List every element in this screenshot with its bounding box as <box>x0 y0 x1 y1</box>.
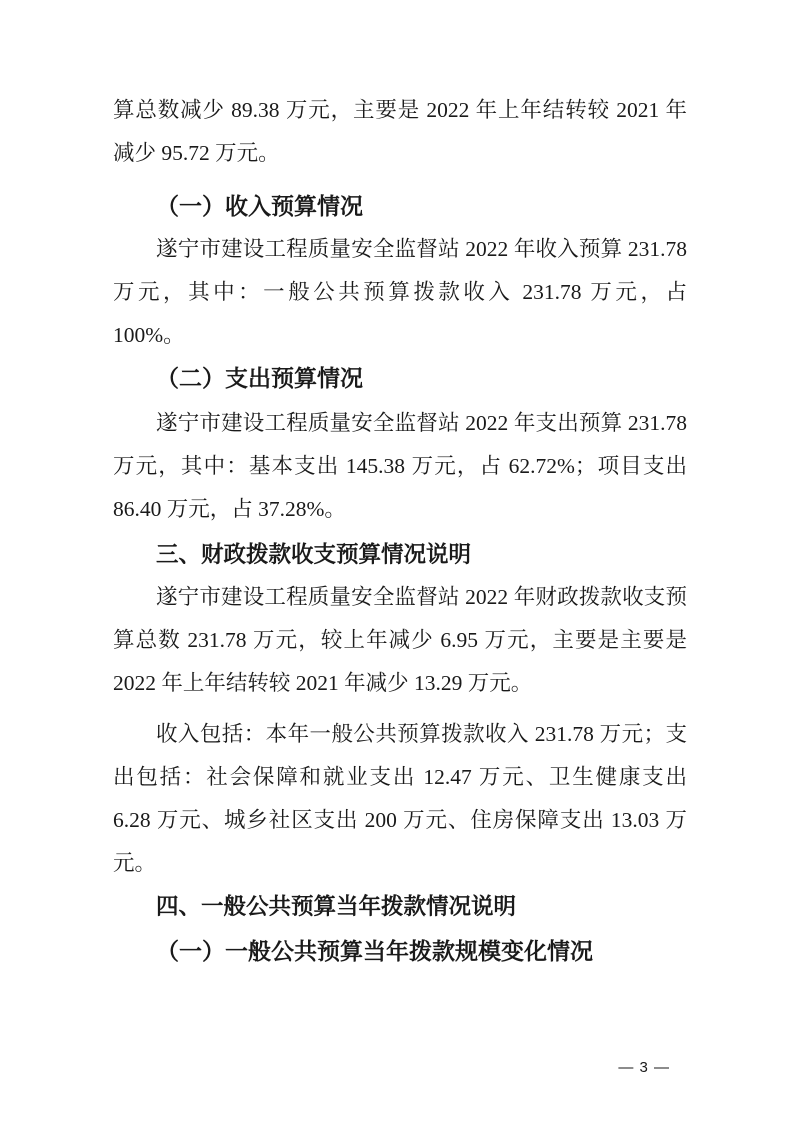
paragraph-fiscal-appropriation-total: 遂宁市建设工程质量安全监督站 2022 年财政拨款收支预算总数 231.78 万… <box>113 576 687 705</box>
document-body: 算总数减少 89.38 万元，主要是 2022 年上年结转较 2021 年减少 … <box>113 89 687 973</box>
page-number: — 3 — <box>618 1058 670 1078</box>
subheading-appropriation-scale-change: （一）一般公共预算当年拨款规模变化情况 <box>113 930 687 973</box>
section-heading-fiscal-appropriation: 三、财政拨款收支预算情况说明 <box>113 533 687 576</box>
document-page: 算总数减少 89.38 万元，主要是 2022 年上年结转较 2021 年减少 … <box>0 0 793 1122</box>
paragraph-income-budget: 遂宁市建设工程质量安全监督站 2022 年收入预算 231.78 万元，其中：一… <box>113 228 687 357</box>
subheading-income-budget: （一）收入预算情况 <box>113 185 687 228</box>
section-heading-general-public-budget: 四、一般公共预算当年拨款情况说明 <box>113 885 687 928</box>
paragraph-expenditure-budget: 遂宁市建设工程质量安全监督站 2022 年支出预算 231.78 万元，其中：基… <box>113 402 687 531</box>
paragraph-continuation-budget-decrease: 算总数减少 89.38 万元，主要是 2022 年上年结转较 2021 年减少 … <box>113 89 687 175</box>
subheading-expenditure-budget: （二）支出预算情况 <box>113 357 687 400</box>
paragraph-income-expenditure-breakdown: 收入包括：本年一般公共预算拨款收入 231.78 万元；支出包括：社会保障和就业… <box>113 713 687 885</box>
